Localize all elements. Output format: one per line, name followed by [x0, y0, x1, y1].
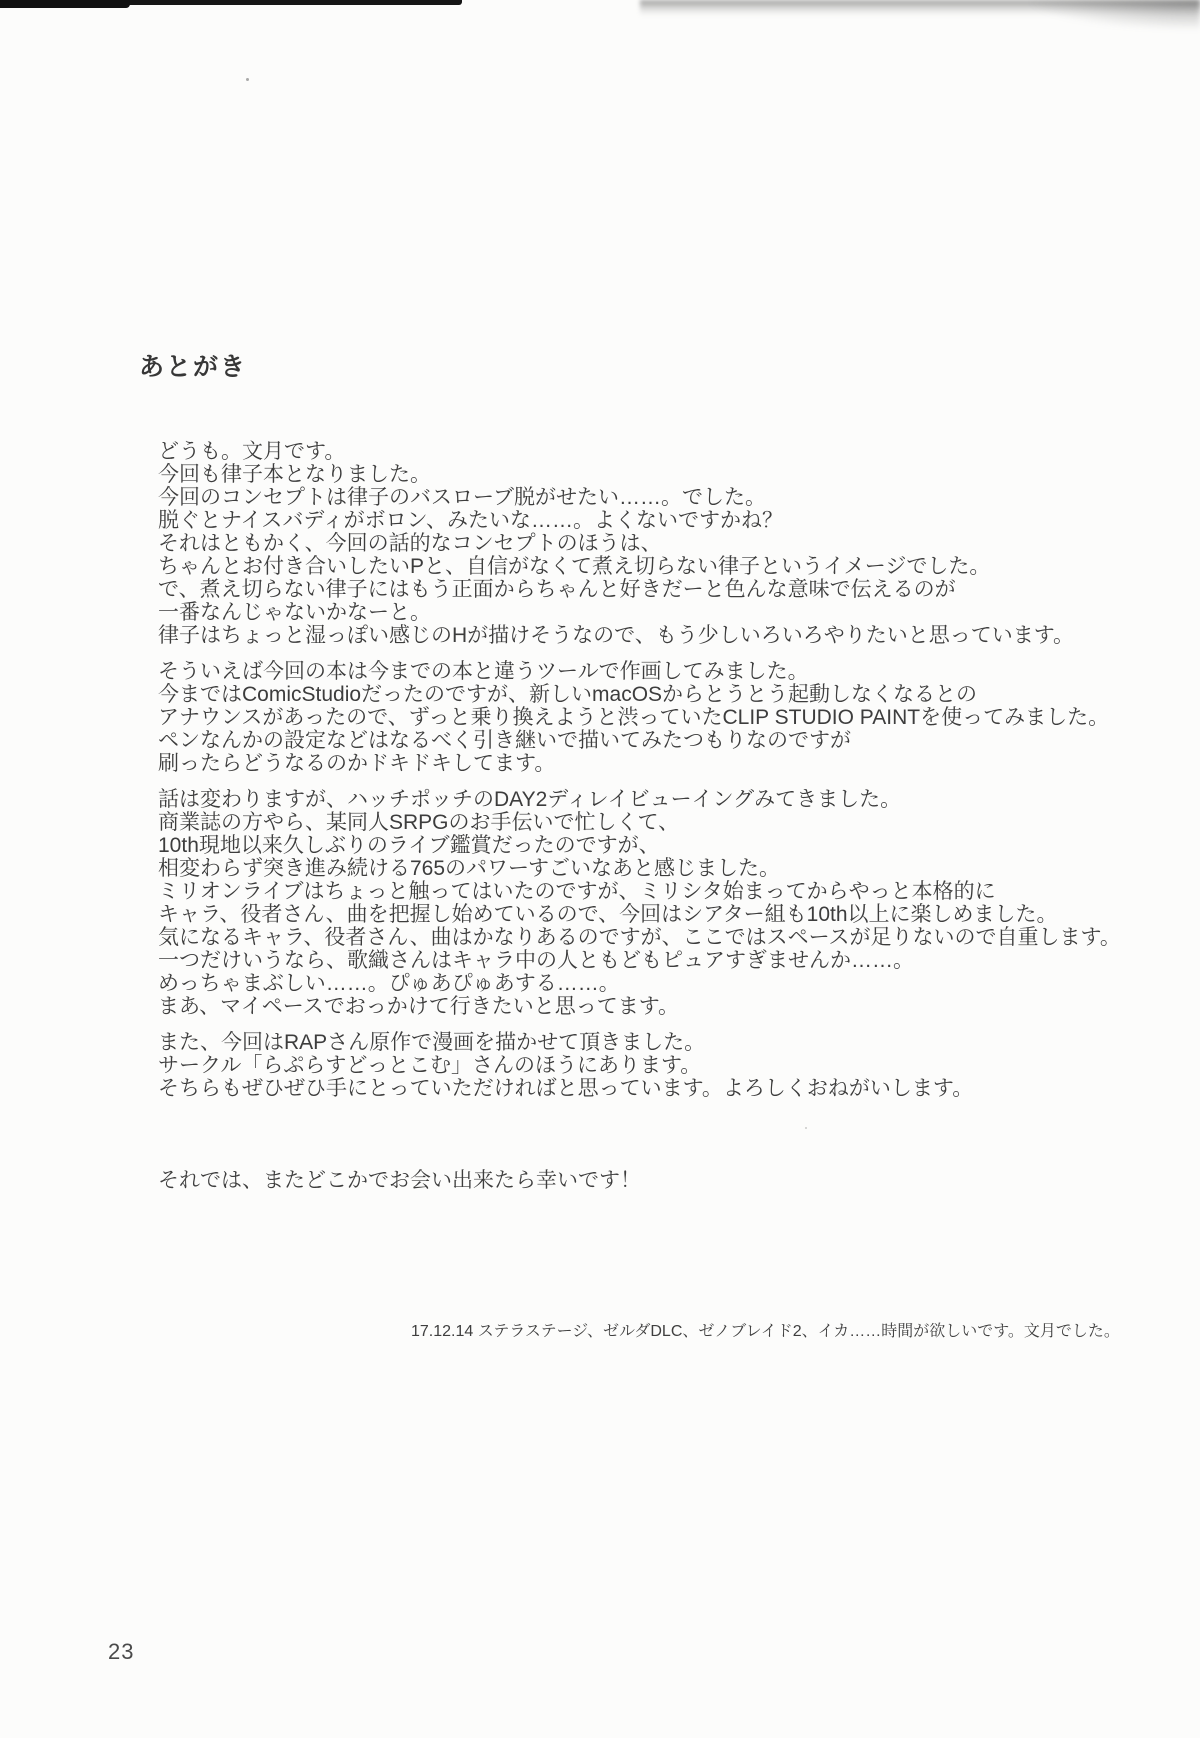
text-line: それはともかく、今回の話的なコンセプトのほうは、 [158, 532, 1121, 555]
text-line: 相変わらず突き進み続ける765のパワーすごいなあと感じました。 [158, 857, 1121, 880]
text-line: そういえば今回の本は今までの本と違うツールで作画してみました。 [158, 660, 1121, 683]
text-line: で、煮え切らない律子にはもう正面からちゃんと好きだーと色んな意味で伝えるのが [158, 578, 1121, 601]
scan-speck [246, 78, 249, 81]
text-line: めっちゃまぶしい……。ぴゅあぴゅあする……。 [158, 972, 1121, 995]
text-line: ミリオンライブはちょっと触ってはいたのですが、ミリシタ始まってからやっと本格的に [158, 880, 1121, 903]
text-line: 今回も律子本となりました。 [158, 463, 1121, 486]
page-number: 23 [108, 1639, 134, 1665]
paragraph-live: 話は変わりますが、ハッチポッチのDAY2ディレイビューイングみてきました。 商業… [158, 788, 1121, 1018]
paragraph-guest: また、今回はRAPさん原作で漫画を描かせて頂きました。 サークル「らぷらすどっと… [158, 1031, 1121, 1100]
text-line: 刷ったらどうなるのかドキドキしてます。 [158, 752, 1121, 775]
text-line: サークル「らぷらすどっとこむ」さんのほうにあります。 [158, 1054, 1121, 1077]
text-line: 10th現地以来久しぶりのライブ鑑賞だったのですが、 [158, 834, 1121, 857]
text-line: 脱ぐとナイスバディがボロン、みたいな……。よくないですかね？ [158, 509, 1121, 532]
text-line: 今回のコンセプトは律子のバスローブ脱がせたい……。でした。 [158, 486, 1121, 509]
text-line: アナウンスがあったので、ずっと乗り換えようと渋っていたCLIP STUDIO P… [158, 706, 1121, 729]
text-line: どうも。文月です。 [158, 440, 1121, 463]
text-line: また、今回はRAPさん原作で漫画を描かせて頂きました。 [158, 1031, 1121, 1054]
text-line: ちゃんとお付き合いしたいPと、自信がなくて煮え切らない律子というイメージでした。 [158, 555, 1121, 578]
text-line: 気になるキャラ、役者さん、曲はかなりあるのですが、ここではスペースが足りないので… [158, 926, 1121, 949]
text-line: 今まではComicStudioだったのですが、新しいmacOSからとうとう起動し… [158, 683, 1121, 706]
text-line: 商業誌の方やら、某同人SRPGのお手伝いで忙しくて、 [158, 811, 1121, 834]
text-line: そちらもぜひぜひ手にとっていただければと思っています。よろしくおねがいします。 [158, 1077, 1121, 1100]
paragraph-intro: どうも。文月です。 今回も律子本となりました。 今回のコンセプトは律子のバスロー… [158, 440, 1121, 647]
text-line: 一番なんじゃないかなーと。 [158, 601, 1121, 624]
scan-artifact-top-right-corner [1030, 0, 1200, 30]
text-line: まあ、マイペースでおっかけて行きたいと思ってます。 [158, 995, 1121, 1018]
scan-artifact-top-bar [0, 0, 462, 5]
scanned-afterword-page: あとがき どうも。文月です。 今回も律子本となりました。 今回のコンセプトは律子… [0, 0, 1200, 1738]
text-line: 一つだけいうなら、歌織さんはキャラ中の人ともどもピュアすぎませんか……。 [158, 949, 1121, 972]
text-line: 律子はちょっと湿っぽい感じのHが描けそうなので、もう少しいろいろやりたいと思って… [158, 624, 1121, 647]
colophon-line: 17.12.14 ステラステージ、ゼルダDLC、ゼノブレイド2、イカ……時間が欲… [411, 1318, 1120, 1341]
paragraph-tools: そういえば今回の本は今までの本と違うツールで作画してみました。 今まではComi… [158, 660, 1121, 775]
closing-line: それでは、またどこかでお会い出来たら幸いです！ [158, 1164, 641, 1194]
text-line: キャラ、役者さん、曲を把握し始めているので、今回はシアター組も10th以上に楽し… [158, 903, 1121, 926]
page-title: あとがき [139, 347, 247, 383]
text-line: ペンなんかの設定などはなるべく引き継いで描いてみたつもりなのですが [158, 729, 1121, 752]
scan-speck [805, 1127, 807, 1129]
afterword-body: どうも。文月です。 今回も律子本となりました。 今回のコンセプトは律子のバスロー… [158, 440, 1121, 1113]
text-line: 話は変わりますが、ハッチポッチのDAY2ディレイビューイングみてきました。 [158, 788, 1121, 811]
